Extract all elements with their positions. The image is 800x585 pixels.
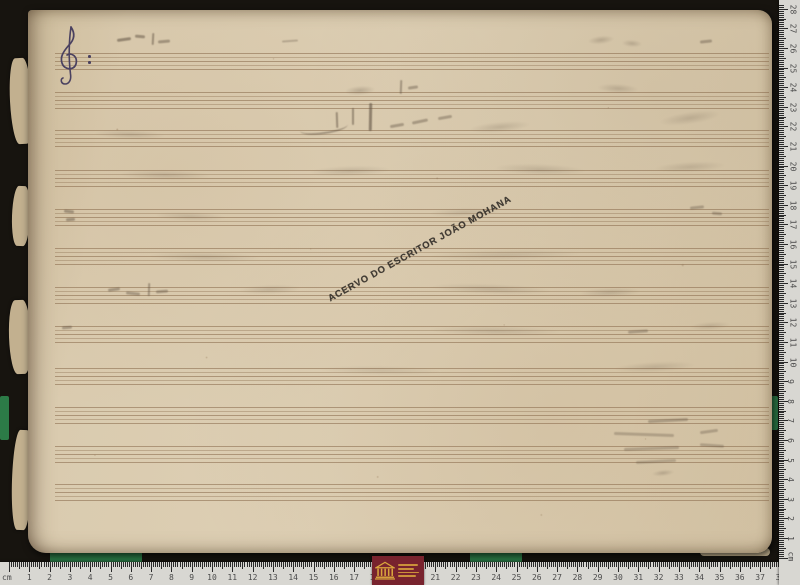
ruler-tick [496,562,497,572]
ruler-tick [41,562,42,567]
ruler-tick [632,562,633,567]
ruler-tick [779,299,784,300]
ink-colon-dot [88,55,91,58]
ruler-number: 22 [451,573,461,582]
ruler-number: 26 [788,44,797,54]
ruler-tick [779,403,784,404]
staff-line [55,423,769,424]
ruler-tick [779,228,784,229]
ruler-tick [779,354,784,355]
ruler-tick [779,532,784,533]
staff-line [55,108,769,109]
ruler-tick [567,562,568,569]
ruler-tick [779,148,784,149]
ruler-tick [779,146,788,147]
ruler-tick [779,181,784,182]
staff-line [55,338,769,339]
ruler-tick [717,562,718,567]
ruler-tick [151,562,152,572]
ruler-tick [326,562,327,567]
ruler-tick [182,562,183,569]
ruler-tick [779,458,784,459]
ruler-tick [198,562,199,567]
ruler-tick [779,107,788,108]
ruler-tick [722,562,723,567]
ruler-tick [779,242,784,243]
ruler-tick [766,562,767,567]
ruler-tick [283,562,284,569]
ruler-tick [458,562,459,567]
ruler-tick [318,562,319,567]
ruler-tick [779,293,786,294]
ruler-tick [498,562,499,567]
ruler-tick [742,562,743,567]
ruler-tick [779,191,784,192]
ruler-tick [640,562,641,567]
ruler-number: 11 [788,338,797,348]
pencil-mark-stem [336,112,339,128]
ruler-tick [779,162,784,163]
ruler-tick [779,238,784,239]
ruler-tick [669,562,670,569]
pencil-mark-dash [66,218,75,222]
staff-line [55,69,769,70]
ruler-tick [779,273,786,274]
ruler-tick [456,562,457,572]
staff-line [55,142,769,143]
ruler-tick [779,318,784,319]
ruler-tick [76,562,77,567]
staff [55,326,769,343]
ruler-tick [728,562,729,567]
ruler-tick [779,71,784,72]
ruler-tick [360,562,361,567]
ruler-tick [760,562,761,572]
ruler-tick [194,562,195,567]
ruler-tick [740,562,741,572]
ruler-tick [88,562,89,567]
ruler-tick [779,175,786,176]
ruler-tick [17,562,18,567]
ruler-tick [779,324,784,325]
ruler-tick [681,562,682,567]
ruler-tick [460,562,461,567]
staff-line [55,186,769,187]
ruler-tick [779,42,784,43]
ruler-tick [630,562,631,567]
ruler-tick [779,369,784,370]
ruler-tick [736,562,737,567]
ruler-tick [779,130,784,131]
pencil-mark-dash [412,118,428,124]
ruler-tick [514,562,515,567]
ruler-tick [699,562,700,572]
ruler-tick [9,562,10,572]
ruler-tick [779,30,784,31]
ruler-number: 33 [674,573,684,582]
ruler-tick [145,562,146,567]
ruler-tick [527,562,528,569]
ruler-tick [779,373,784,374]
ruler-tick [779,136,786,137]
ruler-tick [779,177,784,178]
ruler-tick [604,562,605,567]
ruler-tick [673,562,674,567]
ruler-tick [779,140,784,141]
ruler-tick [251,562,252,567]
ruler-tick [66,562,67,567]
ruler-tick [598,562,599,572]
ruler-tick [779,244,788,245]
ruler-tick [779,336,784,337]
ruler-tick [779,173,784,174]
ruler-tick [113,562,114,567]
ruler-tick [255,562,256,567]
ruler-tick [196,562,197,567]
ruler-tick [261,562,262,567]
ruler-tick [779,522,784,523]
ruler-tick [779,271,784,272]
ruler-tick [779,377,784,378]
ruler-number: 26 [532,573,542,582]
ruler-tick [157,562,158,567]
ruler-tick [117,562,118,567]
ruler-tick [774,562,775,567]
ruler-tick [779,232,784,233]
ruler-tick [779,64,784,65]
ruler-tick [466,562,467,569]
ruler-tick [60,562,61,569]
ruler-tick [779,203,784,204]
ruler-tick [779,326,784,327]
ruler-tick [779,456,784,457]
ruler-tick [779,520,784,521]
ruler-tick [779,487,784,488]
staff [55,92,769,109]
ruler-tick [779,193,784,194]
ruler-tick [779,213,784,214]
ruler-tick [730,562,731,569]
ruler-tick [779,258,784,259]
ruler-tick [779,224,788,225]
ruler-tick [309,562,310,567]
ruler-tick [779,530,784,531]
ruler-tick [779,7,784,8]
ruler-tick [502,562,503,567]
ruler-tick [779,556,784,557]
ruler-number: 35 [715,573,725,582]
ruler-tick [756,562,757,567]
ruler-tick [291,562,292,567]
ruler-tick [476,562,477,572]
ruler-tick [779,248,784,249]
ruler-tick [214,562,215,567]
ruler-tick [72,562,73,567]
ruler-tick [779,171,784,172]
ruler-tick [779,52,784,53]
ruler-tick [210,562,211,567]
ruler-tick [364,562,365,569]
ruler-number: 21 [430,573,440,582]
ruler-tick [779,311,784,312]
ruler-tick [86,562,87,567]
ruler-tick [650,562,651,567]
ruler-tick [779,287,784,288]
ruler-number: 1 [786,536,795,541]
ruler-tick [779,124,784,125]
ruler-tick [779,167,784,168]
staff-line [55,411,769,412]
ruler-number: 7 [786,418,795,423]
ruler-tick [573,562,574,567]
ruler-tick [78,562,79,567]
ruler-tick [592,562,593,567]
ruler-tick [779,150,784,151]
ruler-tick [779,144,784,145]
ruler-tick [147,562,148,567]
ruler-tick [429,562,430,567]
ruler-tick [606,562,607,567]
pencil-mark-blob [150,251,260,263]
ruler-tick [435,562,436,572]
ruler-tick [330,562,331,567]
ruler-tick [663,562,664,567]
ruler-tick [779,103,784,104]
ruler-tick [561,562,562,567]
ruler-tick [299,562,300,567]
staff-line [55,65,769,66]
ruler-tick [445,562,446,569]
ruler-tick [779,497,784,498]
staff-line [55,182,769,183]
ruler-number: 4 [88,573,93,582]
ruler-tick [620,562,621,567]
ruler-tick [510,562,511,567]
ruler-tick [549,562,550,567]
ruler-tick [779,158,784,159]
ruler-tick [46,562,47,567]
ruler-tick [594,562,595,567]
ruler-tick [779,93,784,94]
ruler-tick [295,562,296,567]
ruler-tick [139,562,140,567]
ruler-tick [226,562,227,567]
ruler-number: 37 [755,573,765,582]
ruler-tick [779,77,786,78]
ruler-tick [779,414,784,415]
ruler-tick [779,58,786,59]
ruler-number: 23 [788,102,797,112]
ruler-tick [277,562,278,567]
building-icon [375,561,395,580]
ruler-tick [685,562,686,567]
ruler-tick [779,50,784,51]
ruler-tick [636,562,637,567]
ruler-tick [212,562,213,572]
ink-colon-dot [88,61,91,64]
pencil-mark-blob [622,39,642,47]
ruler-tick [779,391,786,392]
ruler-tick [779,85,784,86]
ruler-number: 28 [573,573,583,582]
ruler-tick [596,562,597,567]
ruler-number: 27 [788,24,797,34]
ruler-tick [715,562,716,567]
ruler-tick [779,187,784,188]
ruler-tick [137,562,138,567]
ruler-tick [267,562,268,567]
ruler-tick [186,562,187,567]
ruler-tick [259,562,260,567]
ruler-tick [104,562,105,567]
ruler-tick [779,48,788,49]
logo-text-lines [398,564,419,576]
ruler-tick [779,262,784,263]
ruler-tick [92,562,93,567]
ruler-tick [779,164,784,165]
ruler-tick [74,562,75,567]
ruler-tick [358,562,359,567]
ruler-tick [779,195,786,196]
ruler-tick [624,562,625,567]
ruler-tick [106,562,107,567]
ruler-tick [618,562,619,572]
ruler-number: 13 [788,298,797,308]
ruler-tick [111,562,112,572]
ruler-tick [779,491,784,492]
treble-clef-icon [52,24,88,90]
ruler-tick [779,91,784,92]
ruler-number: 3 [67,573,72,582]
ruler-tick [153,562,154,567]
ruler-tick [779,399,784,400]
ruler-tick [779,501,784,502]
ruler-tick [779,46,784,47]
ruler-tick [293,562,294,572]
ruler-tick [705,562,706,567]
ruler-tick [320,562,321,567]
ruler-tick [441,562,442,567]
ruler-tick [492,562,493,567]
ruler-tick [612,562,613,567]
ruler-tick [565,562,566,567]
ruler-tick [779,356,784,357]
ruler-tick [779,477,784,478]
ruler-number: 30 [613,573,623,582]
ruler-tick [115,562,116,567]
ruler-tick [356,562,357,567]
ruler-tick [27,562,28,567]
ruler-tick [779,264,788,265]
ruler-tick [779,87,788,88]
ruler-tick [123,562,124,567]
pencil-mark-stem [152,33,155,45]
ruler-tick [366,562,367,567]
ruler-tick [247,562,248,567]
ruler-tick [464,562,465,567]
ruler-number: 3 [786,497,795,502]
archive-building-logo [372,556,424,585]
ruler-tick [726,562,727,567]
ruler-tick [616,562,617,567]
ruler-tick [779,313,786,314]
ruler-number: 16 [788,240,797,250]
ruler-number: 20 [788,161,797,171]
ruler-tick [779,407,784,408]
ruler-tick [779,475,784,476]
ruler-number: 16 [329,573,339,582]
ruler-tick [551,562,552,567]
ruler-tick [161,562,162,569]
ruler-tick [779,199,784,200]
ruler-tick [563,562,564,567]
ruler-number: 27 [552,573,562,582]
ruler-tick [779,362,788,363]
ruler-tick [779,461,784,462]
ruler-tick [425,562,426,569]
ruler-number: 34 [694,573,704,582]
ruler-number: 18 [788,200,797,210]
ruler-tick [707,562,708,567]
ruler-number: 17 [349,573,359,582]
ruler-tick [437,562,438,567]
ruler-tick [779,430,786,431]
ruler-tick [697,562,698,567]
manuscript-paper: ACERVO DO ESCRITOR JOÃO MOHANA [28,10,772,553]
ruler-tick [659,562,660,572]
ruler-tick [494,562,495,567]
ruler-tick [779,546,784,547]
ruler-tick [547,562,548,569]
ruler-tick [779,44,784,45]
staff-line [55,96,769,97]
ruler-number: 4 [786,477,795,482]
ruler-tick [779,215,786,216]
ruler-tick [180,562,181,567]
ruler-tick [779,495,784,496]
ruler-tick [779,117,786,118]
ruler-tick [779,26,784,27]
ruler-tick [269,562,270,567]
ruler-tick [242,562,243,569]
ruler-tick [779,389,784,390]
ruler-tick [746,562,747,567]
ruler-tick [779,346,784,347]
ruler-tick [779,450,786,451]
ruler-tick [519,562,520,567]
ruler-tick [779,436,784,437]
staff-line [55,57,769,58]
ruler-tick [779,142,784,143]
ruler-tick [779,254,786,255]
ruler-tick [779,542,784,543]
ruler-tick [779,79,784,80]
ruler-tick [273,562,274,572]
ruler-tick [228,562,229,567]
ruler-tick [779,305,784,306]
ruler-tick [779,66,784,67]
ruler-tick [691,562,692,567]
ruler-tick [543,562,544,567]
ruler-tick [642,562,643,567]
ruler-number: 12 [248,573,258,582]
staff-line [55,496,769,497]
ruler-tick [779,19,786,20]
ruler-number: 9 [189,573,194,582]
ruler-tick [752,562,753,567]
ruler-tick [39,562,40,569]
ruler-tick [779,69,784,70]
